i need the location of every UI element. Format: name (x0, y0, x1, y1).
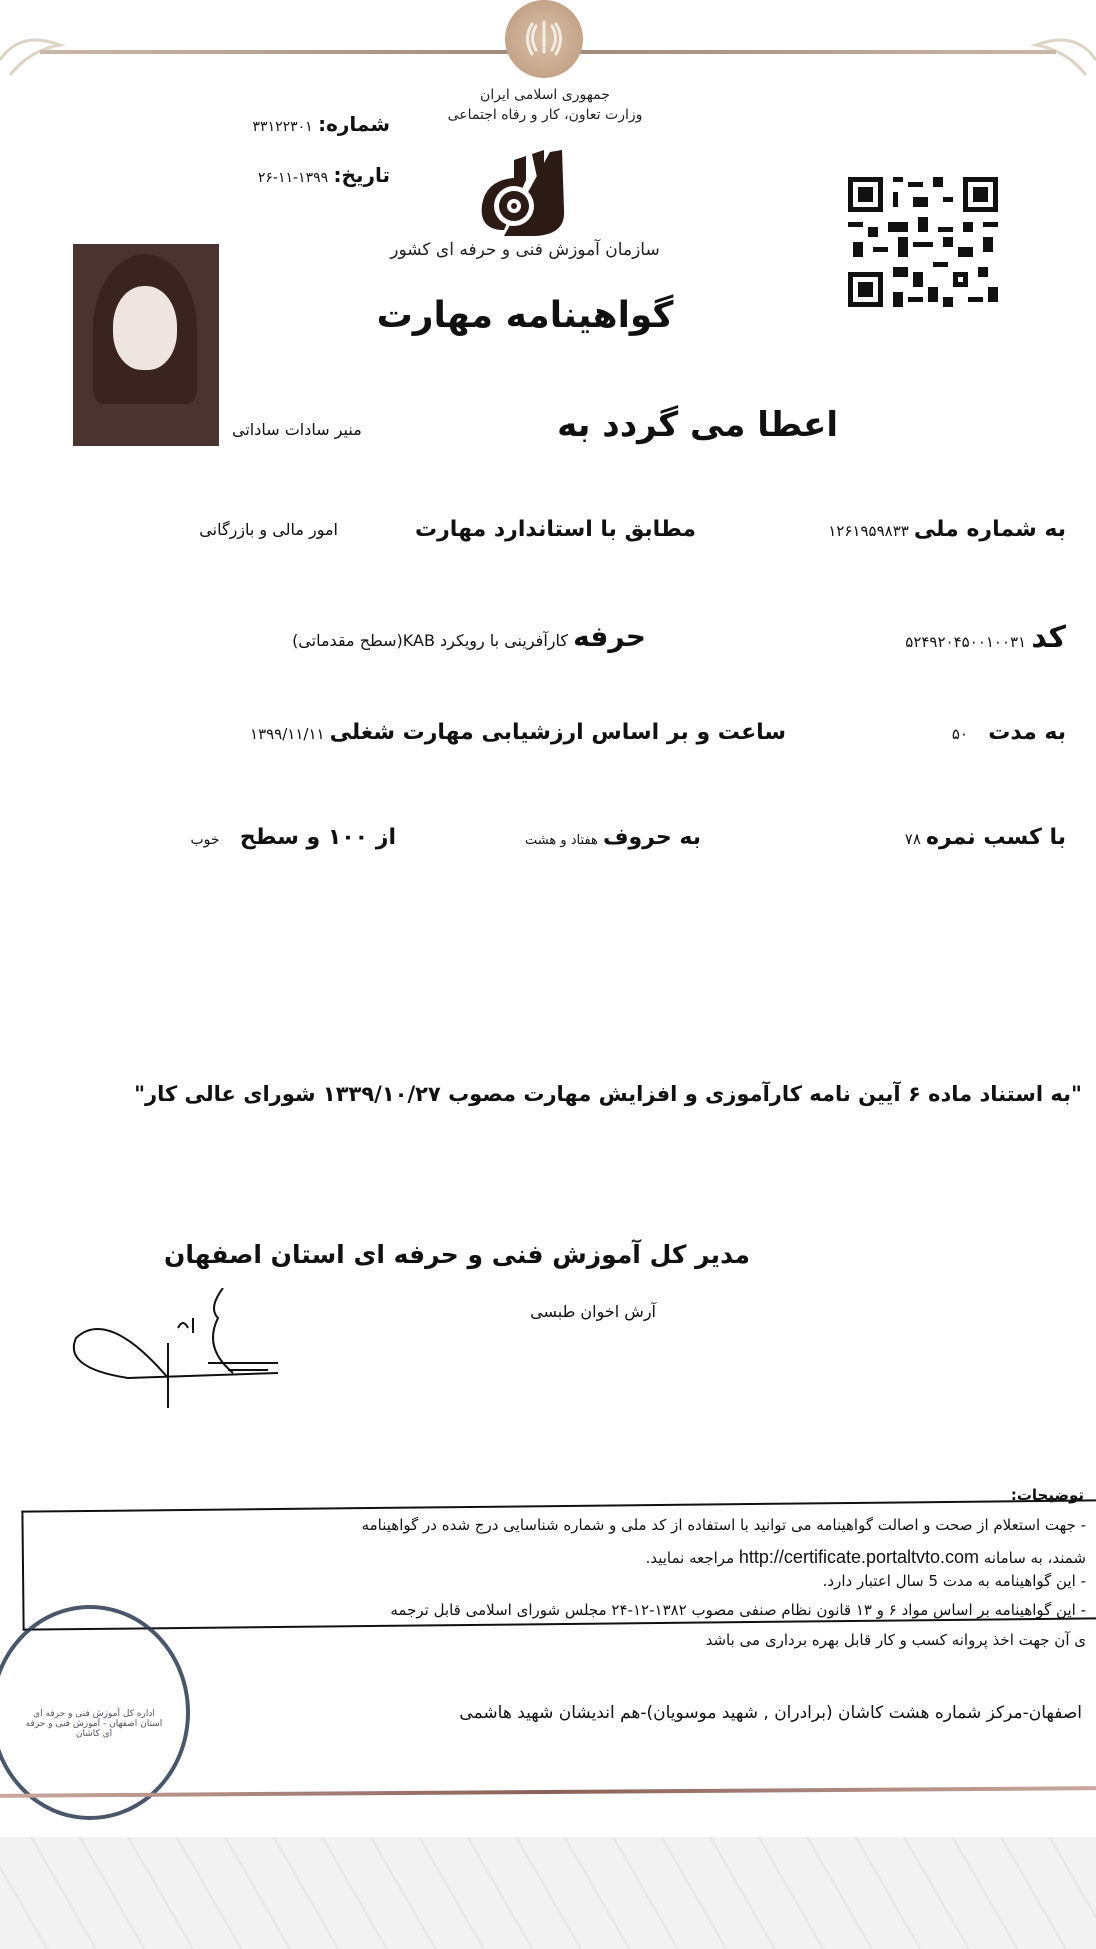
certificate-date: تاریخ: ۱۳۹۹-۱۱-۲۶ (258, 163, 390, 187)
note-verification: - جهت استعلام از صحت و اصالت گواهینامه م… (362, 1516, 1086, 1534)
certificate-title: گواهینامه مهارت (360, 295, 690, 336)
bottom-border-line (0, 1786, 1096, 1798)
level-label: از ۱۰۰ و سطح (240, 825, 396, 850)
level-value: خوب (190, 832, 219, 848)
qr-code-icon[interactable] (843, 172, 1003, 312)
tvto-logo-icon (474, 150, 580, 240)
signature-icon (68, 1288, 318, 1408)
background-pattern (0, 1837, 1096, 1949)
trade-value: کارآفرینی با رویکرد KAB(سطح مقدماتی) (292, 631, 568, 650)
trade-field: حرفه کارآفرینی با رویکرد KAB(سطح مقدماتی… (292, 620, 646, 653)
certificate-number: شماره: ۳۳۱۲۲۳۰۱ (253, 112, 390, 136)
level-field: از ۱۰۰ و سطح خوب (190, 825, 396, 850)
number-label: شماره: (318, 112, 390, 136)
official-stamp-icon: اداره کل آموزش فنی و حرفه ای استان اصفها… (0, 1605, 190, 1820)
date-value: ۱۳۹۹-۱۱-۲۶ (258, 170, 328, 186)
legal-decree: "به استناد ماده ۶ آیین نامه کارآموزی و ا… (134, 1082, 1082, 1106)
date-label: تاریخ: (334, 163, 390, 187)
ministry-name: وزارت تعاون، کار و رفاه اجتماعی (380, 105, 710, 125)
note-url-prefix: شمند، به سامانه (984, 1549, 1086, 1567)
holder-photo (73, 244, 219, 446)
national-id-label: به شماره ملی (914, 517, 1066, 542)
score-label: با کسب نمره (926, 825, 1066, 850)
government-header: جمهوری اسلامی ایران وزارت تعاون، کار و ر… (380, 85, 710, 125)
standard-label: مطابق با استاندارد مهارت (415, 517, 696, 542)
duration-field: به مدت ۵۰ (952, 720, 1066, 745)
duration-value: ۵۰ (952, 725, 968, 743)
national-id-value: ۱۲۶۱۹۵۹۸۳۳ (828, 522, 909, 540)
score-value: ۷۸ (905, 830, 921, 848)
score-words-label: به حروف (603, 825, 701, 850)
signatory-title: مدیر کل آموزش فنی و حرفه ای استان اصفهان (164, 1240, 750, 1269)
verification-url-link[interactable]: http://certificate.portaltvto.com (739, 1547, 979, 1567)
granted-to-label: اعطا می گردد به (557, 405, 838, 445)
organization-name: سازمان آموزش فنی و حرفه ای کشور (360, 240, 690, 260)
standard-value: امور مالی و بازرگانی (199, 520, 338, 539)
note-url-suffix: مراجعه نمایید. (646, 1549, 735, 1567)
assessment-label: ساعت و بر اساس ارزشیابی مهارت شغلی (330, 720, 786, 745)
holder-name: منیر سادات ساداتی (232, 420, 362, 439)
note-legal-basis: - این گواهینامه بر اساس مواد ۶ و ۱۳ قانو… (390, 1601, 1086, 1619)
number-value: ۳۳۱۲۲۳۰۱ (253, 119, 313, 135)
standard-field: مطابق با استاندارد مهارت (415, 517, 696, 542)
stamp-text: اداره کل آموزش فنی و حرفه ای استان اصفها… (24, 1709, 164, 1739)
national-id-field: به شماره ملی ۱۲۶۱۹۵۹۸۳۳ (828, 517, 1066, 542)
score-field: با کسب نمره ۷۸ (905, 825, 1066, 850)
assessment-field: ساعت و بر اساس ارزشیابی مهارت شغلی ۱۳۹۹/… (250, 720, 786, 745)
code-value: ۵۲۴۹۲۰۴۵۰۰۱۰۰۳۱ (905, 633, 1026, 651)
iran-emblem-icon (505, 0, 583, 78)
code-label: کد (1031, 620, 1066, 655)
code-field: کد ۵۲۴۹۲۰۴۵۰۰۱۰۰۳۱ (905, 620, 1066, 655)
certificate-page: جمهوری اسلامی ایران وزارت تعاون، کار و ر… (0, 0, 1096, 1837)
note-validity: - این گواهینامه به مدت 5 سال اعتبار دارد… (823, 1572, 1086, 1590)
score-words-value: هفتاد و هشت (525, 833, 598, 848)
note-verification-url-line: شمند، به سامانه http://certificate.porta… (646, 1547, 1086, 1568)
note-legal-basis-cont: ی آن جهت اخذ پروانه کسب و کار قابل بهره … (706, 1631, 1086, 1649)
score-words-field: به حروف هفتاد و هشت (525, 825, 701, 850)
country-name: جمهوری اسلامی ایران (380, 85, 710, 105)
assessment-date: ۱۳۹۹/۱۱/۱۱ (250, 725, 325, 743)
trade-label: حرفه (573, 620, 646, 653)
signatory-name: آرش اخوان طبسی (530, 1302, 656, 1321)
training-center-address: اصفهان-مرکز شماره هشت کاشان (برادران , ش… (459, 1703, 1082, 1723)
duration-label: به مدت (988, 720, 1066, 745)
